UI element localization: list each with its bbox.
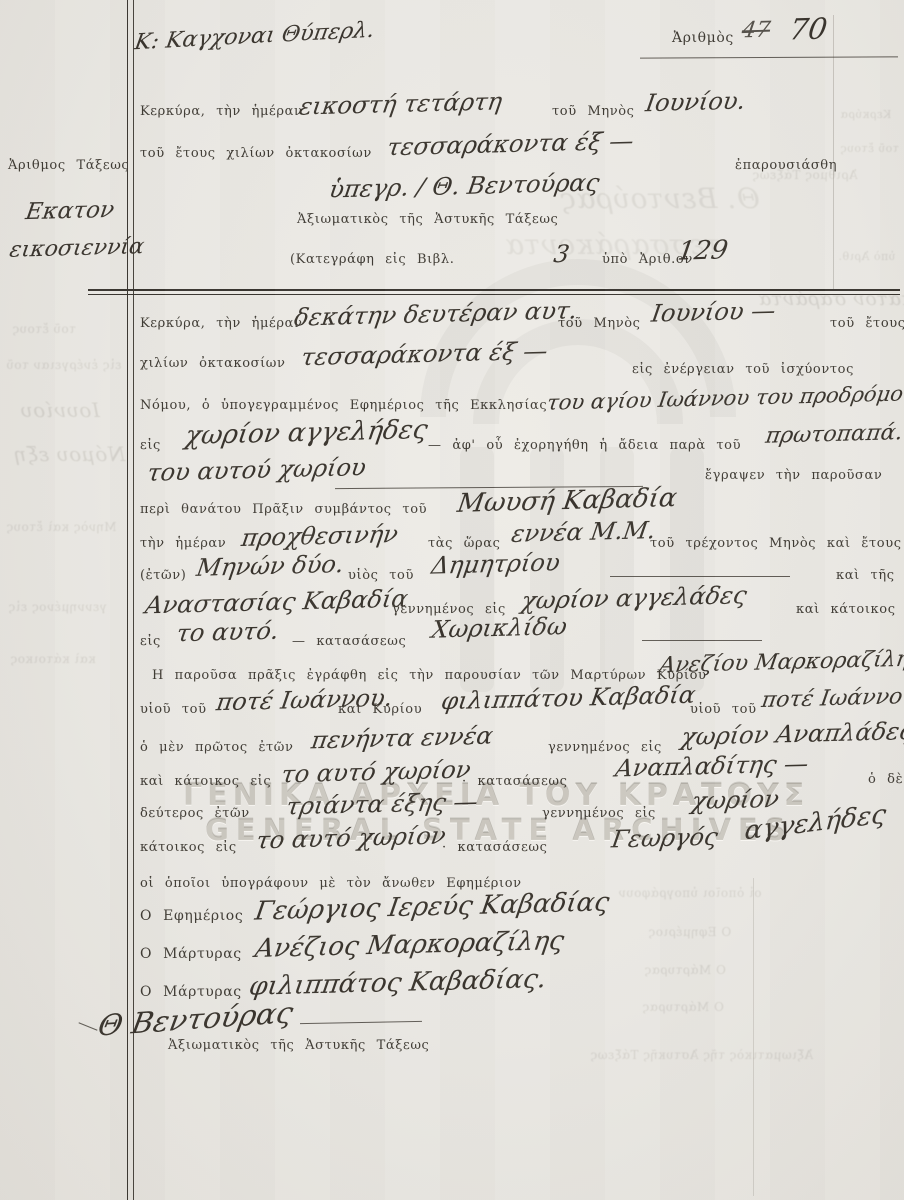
act-first-birth-village: χωρίον Αναπλάδες <box>679 717 904 751</box>
act-second-age-label: δεύτερος ἐτῶν <box>140 806 250 821</box>
act-first-born-label: γεννημένος εἰς <box>548 740 662 755</box>
act-age-value: Μηνών δύο. <box>195 550 346 582</box>
act-city-day-label: Κερκύρα, τὴν ἡμέραν <box>140 316 303 331</box>
ink-dash <box>642 640 762 641</box>
bleed-text: γεννημένος εἰς <box>8 600 107 614</box>
act-in-label-2: εἰς <box>140 634 161 649</box>
act-sign-with-priest-label: οἱ ὁποῖοι ὑπογράφουν μὲ τὸν ἄνωθεν Εφημέ… <box>140 876 522 891</box>
bleed-text: τεσσαράκοντα <box>505 228 721 261</box>
act-first-age-label: ὁ μὲν πρῶτος ἐτῶν <box>140 740 294 755</box>
reg-day-value: εικοστή τετάρτη <box>297 87 504 120</box>
bleed-text: Ο Μάρτυρας <box>644 963 726 977</box>
act-son-of-label-3: υἱοῦ τοῦ <box>690 702 757 717</box>
bleed-text: εἰς ἐνέργειαν τοῦ <box>6 358 121 372</box>
bleed-text: Μηνὸς καὶ ἔτους <box>6 520 116 534</box>
act-age-label: (ἐτῶν) <box>140 568 186 583</box>
reg-year-label: τοῦ ἔτους χιλίων ὀκτακοσίων <box>140 146 372 161</box>
bleed-text: ὑπὸ Ἀριθ. <box>838 250 895 263</box>
bleed-text: Ο Μάρτυρας <box>642 1000 724 1014</box>
bleed-text: τοῦ ἔτους <box>12 322 76 336</box>
act-witnesses-intro: Η παροῦσα πρᾶξις ἐγράφθη εἰς τὴν παρουσί… <box>152 668 707 683</box>
act-second-status-value: Γεωργός <box>610 823 720 854</box>
bleed-text: τοῦ ἔτους <box>840 142 899 155</box>
reg-year-value: τεσσαράκοντα έξ — <box>385 127 635 161</box>
act-first-status-value: Αναπλαδίτης — <box>613 749 810 782</box>
act-deceased-name: Μωυσή Καβαδία <box>455 483 679 519</box>
act-witness2-name: φιλιππάτου Καβαδία <box>439 681 697 716</box>
act-death-day: προχθεσινήν <box>240 520 400 552</box>
fold-crease-line <box>753 878 754 1196</box>
bleed-text: Ιουνίου <box>20 398 100 422</box>
act-year-label-2: χιλίων ὀκτακοσίων <box>140 356 286 371</box>
margin-order-number-label: Ἀριθμος Τάξεως <box>8 158 129 173</box>
ink-dash <box>610 576 790 577</box>
act-first-resident-label: καὶ κάτοικος εἰς <box>140 774 271 789</box>
officer-title: Ἀξιωματικὸς τῆς Ἀστυκῆς Τάξεως <box>168 1038 429 1053</box>
bleed-text: καὶ κάτοικος <box>10 652 96 666</box>
act-first-residence: το αυτό χωρίον <box>279 756 472 789</box>
act-in-label: εἰς <box>140 438 161 453</box>
top-left-annotation: Κ: Καγχοναι Θύπερλ. <box>133 18 377 55</box>
act-wrote-label: ἔγραψεν τὴν παροῦσαν <box>705 468 882 483</box>
witness1-label: Ο Μάρτυρας <box>140 946 242 962</box>
act-second-age-value: τριάντα έξης — <box>284 788 479 821</box>
margin-order-number-line1: Εκατον <box>24 197 116 225</box>
act-death-of-label: περὶ θανάτου Πρᾶξιν συμβάντος τοῦ <box>140 502 427 517</box>
act-status-value: Χωρικλίδω <box>430 612 569 644</box>
reg-city-day-label: Κερκύρα, τὴν ἡμέραν <box>140 104 303 119</box>
act-and-of-label: καὶ τῆς <box>836 568 895 583</box>
act-permission-label: — ἀφ' οὗ ἐχορηγήθη ἡ ἄδεια παρὰ τοῦ <box>428 438 741 453</box>
act-mother-name: Αναστασίας Καβαδία <box>143 585 410 620</box>
act-year-label-1: τοῦ ἔτους <box>830 316 904 331</box>
act-witness2-father: ποτέ Ιωάννου <box>760 684 904 713</box>
record-number-label: Ἀριθμὸς <box>672 30 734 46</box>
reg-month-value: Ιουνίου. <box>644 87 748 118</box>
act-village-name: χωρίον αγγελήδες <box>183 415 430 451</box>
reg-month-label: τοῦ Μηνὸς <box>552 104 635 119</box>
bleed-text: Νόμου εξη <box>14 442 125 466</box>
act-permission-giver: πρωτοπαπά. <box>764 420 904 449</box>
act-son-of-label: υἱὸς τοῦ <box>348 568 414 583</box>
act-second-resident-label: κάτοικος εἰς <box>140 840 237 855</box>
act-first-age-value: πενήντα εννέα <box>310 722 495 755</box>
act-resident-label: καὶ κάτοικος <box>796 602 896 617</box>
act-same-place: το αυτό. <box>175 617 281 648</box>
act-and-mister-label: καὶ Κυρίου <box>338 702 422 717</box>
act-priest-intro: Νόμου, ὁ ὑπογεγραμμένος Εφημέριος τῆς Εκ… <box>140 398 547 413</box>
act-on-day-label: τὴν ἡμέραν <box>140 536 226 551</box>
act-death-hour: εννέα Μ.Μ. <box>510 516 658 548</box>
record-number-value: 70 <box>787 12 829 47</box>
bleed-text: Εκατον σαράντα <box>758 288 904 310</box>
signature-flourish <box>300 1021 422 1024</box>
reg-officer-title: Ἀξιωματικὸς τῆς Ἀστυκῆς Τάξεως <box>297 212 558 227</box>
act-second-intro: ὁ δὲ <box>868 772 903 787</box>
record-number-struck: 47 <box>740 18 772 44</box>
act-second-residence: το αυτό χωρίον <box>254 822 447 855</box>
act-hours-label: τὰς ὥρας <box>428 536 501 551</box>
act-second-status-label: · κατασάσεως <box>442 840 547 855</box>
bleed-text: Ἀριθμος Τάξεως <box>752 168 858 182</box>
act-son-of-label-2: υἱοῦ τοῦ <box>140 702 207 717</box>
witness1-signature: Ανέζιος Μαρκοραζίλης <box>253 926 566 964</box>
act-status-label: — κατασάσεως <box>292 634 406 649</box>
act-witness1-name: Ανεζίου Μαρκοραζίλη <box>658 647 904 679</box>
witness2-label: Ο Μάρτυρας <box>140 984 242 1000</box>
act-second-birth-village-1: χωρίον <box>690 785 781 815</box>
act-law-intro: εἰς ἐνέργειαν τοῦ ἰσχύοντος <box>632 362 854 377</box>
priest-signature: Γεώργιος Ιερεύς Καβαδίας <box>253 887 611 926</box>
act-birth-village: χωρίον αγγελάδες <box>519 581 748 615</box>
officer-signature: Θ Βεντούρας <box>96 995 296 1042</box>
bleed-text: οἱ ὁποῖοι ὑπογράφουν <box>618 886 761 900</box>
bleed-text: Ἀξιωματικὸς τῆς Ἀστυκῆς Τάξεως <box>590 1048 813 1062</box>
act-month-label: τοῦ Μηνὸς <box>558 316 641 331</box>
number-underline <box>640 56 898 58</box>
margin-order-number-line2: εικοσιεννία <box>8 234 146 262</box>
bleed-text: Κερκύρα <box>840 108 891 121</box>
ink-mark <box>79 1022 98 1030</box>
scanned-document-page: ΓΕΝΙΚΑ ΑΡΧΕΙΑ ΤΟΥ ΚΡΑΤΟΥΣ GENERAL STATE … <box>0 0 904 1200</box>
act-father-name: Δημητρίου <box>430 548 562 579</box>
act-second-born-label: γεννημένος εἰς <box>542 806 656 821</box>
bleed-text: Ο Εφημέριος <box>648 925 731 939</box>
act-same-village: του αυτού χωρίου <box>145 453 367 487</box>
act-current-month-label: τοῦ τρέχοντος Μηνὸς καὶ ἔτους <box>650 536 902 551</box>
bleed-text: Θ. Βεντούρας <box>560 182 760 215</box>
reg-registered-label: (Κατεγράφη εἰς Βιβλ. <box>290 252 455 267</box>
priest-label: Ο Εφημέριος <box>140 908 243 924</box>
